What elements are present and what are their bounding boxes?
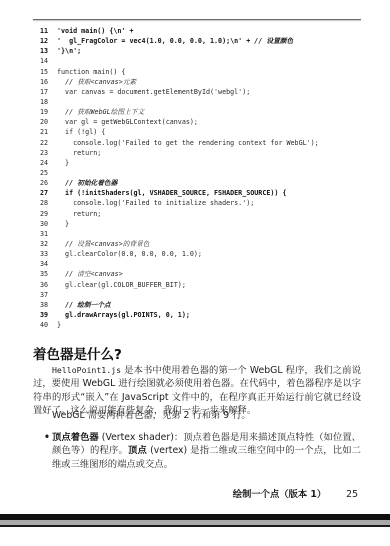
- code-line: 20 var gl = getWebGLContext(canvas);: [38, 117, 382, 127]
- code-line: 30 }: [38, 219, 382, 229]
- code-line: 34: [38, 259, 382, 269]
- line-number: 20: [38, 117, 48, 127]
- code-text: console.log('Failed to get the rendering…: [57, 138, 319, 148]
- code-text: gl.clear(gl.COLOR_BUFFER_BIT);: [57, 280, 186, 290]
- code-text: 'void main() {\n' +: [57, 26, 134, 36]
- code-line: 35 // 清空<canvas>: [38, 269, 382, 279]
- line-number: 40: [38, 320, 48, 330]
- code-line: 28 console.log('Failed to initialize sha…: [38, 198, 382, 208]
- code-text: var gl = getWebGLContext(canvas);: [57, 117, 198, 127]
- line-number: 22: [38, 138, 48, 148]
- line-number: 31: [38, 229, 48, 239]
- code-line: 18: [38, 97, 382, 107]
- line-number: 12: [38, 36, 48, 46]
- line-number: 38: [38, 300, 48, 310]
- footer-page-number: 25: [346, 489, 358, 500]
- code-line: 12' gl_FragColor = vec4(1.0, 0.0, 0.0, 1…: [38, 36, 382, 46]
- line-number: 25: [38, 168, 48, 178]
- line-number: 37: [38, 290, 48, 300]
- code-line: 14: [38, 56, 382, 66]
- code-text: }: [57, 158, 69, 168]
- line-number: 11: [38, 26, 48, 36]
- line-number: 21: [38, 127, 48, 137]
- page-edge-bar-line: [0, 525, 390, 527]
- code-text: // 获取WebGL绘图上下文: [57, 107, 144, 117]
- code-text: }: [57, 320, 61, 330]
- line-number: 26: [38, 178, 48, 188]
- line-number: 35: [38, 269, 48, 279]
- line-number: 16: [38, 77, 48, 87]
- code-line: 23 return;: [38, 148, 382, 158]
- bullet-icon: •: [44, 431, 50, 444]
- page-footer: 绘制一个点（版本 1） 25: [233, 486, 358, 500]
- line-number: 34: [38, 259, 48, 269]
- code-line: 19 // 获取WebGL绘图上下文: [38, 107, 382, 117]
- code-line: 33 gl.clearColor(0.0, 0.0, 0.0, 1.0);: [38, 249, 382, 259]
- code-text: // 获取<canvas>元素: [57, 77, 136, 87]
- code-line: 13'}\n';: [38, 46, 382, 56]
- code-text: function main() {: [57, 67, 125, 77]
- line-number: 13: [38, 46, 48, 56]
- code-line: 24 }: [38, 158, 382, 168]
- code-text: // 设置<canvas>的背景色: [57, 239, 149, 249]
- line-number: 27: [38, 188, 48, 198]
- line-number: 32: [38, 239, 48, 249]
- line-number: 19: [38, 107, 48, 117]
- code-line: 25: [38, 168, 382, 178]
- code-text: gl.clearColor(0.0, 0.0, 0.0, 1.0);: [57, 249, 202, 259]
- line-number: 30: [38, 219, 48, 229]
- code-text: var canvas = document.getElementById('we…: [57, 87, 250, 97]
- code-line: 26 // 初始化着色器: [38, 178, 382, 188]
- line-number: 39: [38, 310, 48, 320]
- code-line: 15function main() {: [38, 67, 382, 77]
- code-text: if (!initShaders(gl, VSHADER_SOURCE, FSH…: [57, 188, 287, 198]
- code-text: if (!gl) {: [57, 127, 105, 137]
- code-line: 32 // 设置<canvas>的背景色: [38, 239, 382, 249]
- code-line: 37: [38, 290, 382, 300]
- code-line: 17 var canvas = document.getElementById(…: [38, 87, 382, 97]
- code-line: 31: [38, 229, 382, 239]
- line-number: 28: [38, 198, 48, 208]
- line-number: 18: [38, 97, 48, 107]
- code-line: 39 gl.drawArrays(gl.POINTS, 0, 1);: [38, 310, 382, 320]
- line-number: 14: [38, 56, 48, 66]
- book-page: 11'void main() {\n' +12' gl_FragColor = …: [0, 0, 390, 546]
- line-number: 36: [38, 280, 48, 290]
- code-line: 16 // 获取<canvas>元素: [38, 77, 382, 87]
- code-text: return;: [57, 148, 101, 158]
- code-text: gl.drawArrays(gl.POINTS, 0, 1);: [57, 310, 190, 320]
- code-text: // 清空<canvas>: [57, 269, 123, 279]
- code-line: 27 if (!initShaders(gl, VSHADER_SOURCE, …: [38, 188, 382, 198]
- code-text: // 初始化着色器: [57, 178, 117, 188]
- code-line: 29 return;: [38, 209, 382, 219]
- top-rule-divider: [33, 19, 361, 20]
- code-listing: 11'void main() {\n' +12' gl_FragColor = …: [38, 26, 382, 330]
- code-line: 22 console.log('Failed to get the render…: [38, 138, 382, 148]
- code-text: ' gl_FragColor = vec4(1.0, 0.0, 0.0, 1.0…: [57, 36, 293, 46]
- code-line: 21 if (!gl) {: [38, 127, 382, 137]
- code-text: // 绘制一个点: [57, 300, 111, 310]
- code-line: 38 // 绘制一个点: [38, 300, 382, 310]
- code-line: 40}: [38, 320, 382, 330]
- code-text: console.log('Failed to initialize shader…: [57, 198, 254, 208]
- line-number: 33: [38, 249, 48, 259]
- line-number: 24: [38, 158, 48, 168]
- bullet-vertex-shader: 顶点着色器 (Vertex shader)：顶点着色器是用来描述顶点特性（如位置…: [52, 431, 361, 471]
- paragraph-two-shaders: WebGL 需要两种着色器，见第 2 行和第 9 行。: [33, 409, 361, 422]
- section-heading: 着色器是什么?: [33, 343, 122, 363]
- line-number: 15: [38, 67, 48, 77]
- code-text: }: [57, 219, 69, 229]
- line-number: 29: [38, 209, 48, 219]
- line-number: 17: [38, 87, 48, 97]
- line-number: 23: [38, 148, 48, 158]
- code-line: 36 gl.clear(gl.COLOR_BUFFER_BIT);: [38, 280, 382, 290]
- footer-chapter-title: 绘制一个点（版本 1）: [233, 486, 326, 500]
- code-text: return;: [57, 209, 101, 219]
- code-text: '}\n';: [57, 46, 81, 56]
- code-line: 11'void main() {\n' +: [38, 26, 382, 36]
